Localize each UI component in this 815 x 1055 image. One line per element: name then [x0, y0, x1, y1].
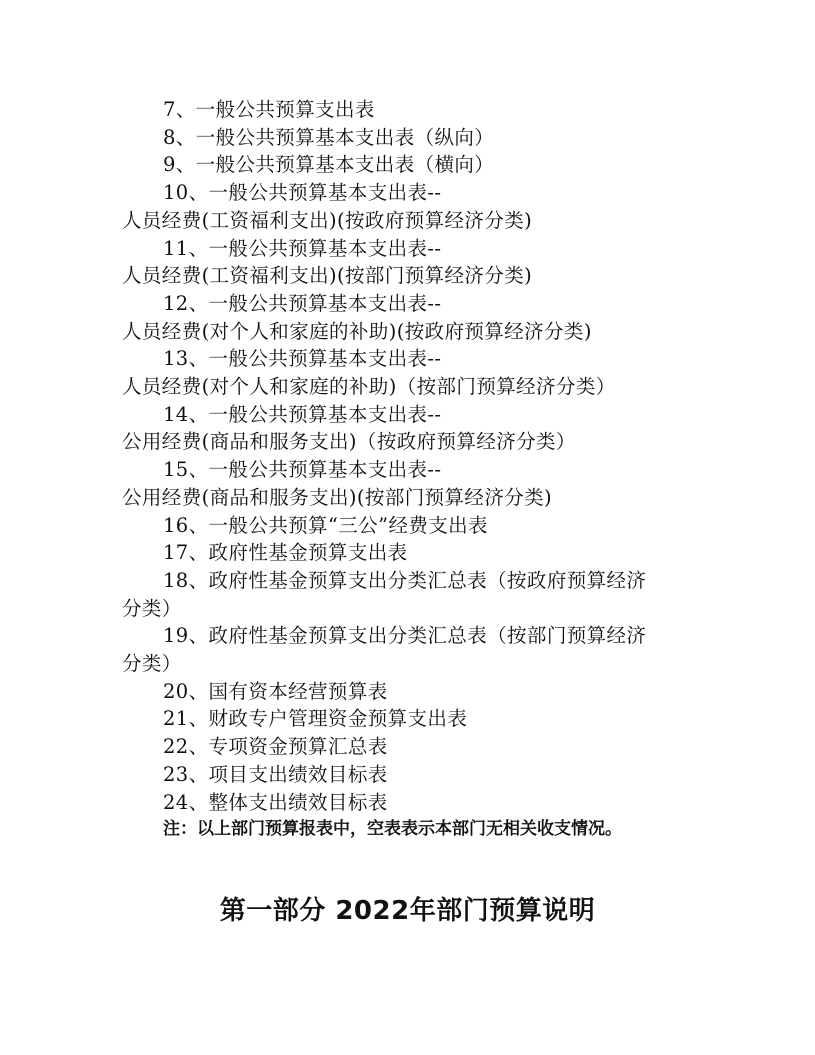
toc-entry-16: 16、一般公共预算“三公”经费支出表: [122, 512, 682, 540]
table-of-contents: 7、一般公共预算支出表 8、一般公共预算基本支出表（纵向） 9、一般公共预算基本…: [122, 96, 682, 844]
toc-entry-21: 21、财政专户管理资金预算支出表: [122, 705, 682, 733]
toc-entry-15: 15、一般公共预算基本支出表--: [122, 456, 682, 484]
document-page: 7、一般公共预算支出表 8、一般公共预算基本支出表（纵向） 9、一般公共预算基本…: [0, 0, 815, 1055]
toc-entry-22: 22、专项资金预算汇总表: [122, 733, 682, 761]
toc-entry-18: 18、政府性基金预算支出分类汇总表（按政府预算经济: [122, 567, 682, 595]
toc-entry-19-continued: 分类）: [122, 650, 682, 678]
toc-entry-8: 8、一般公共预算基本支出表（纵向）: [122, 124, 682, 152]
section-title: 第一部分 2022年部门预算说明: [0, 890, 815, 927]
toc-entry-13: 13、一般公共预算基本支出表--: [122, 345, 682, 373]
toc-entry-10-continued: 人员经费(工资福利支出)(按政府预算经济分类): [122, 207, 682, 235]
toc-entry-19: 19、政府性基金预算支出分类汇总表（按部门预算经济: [122, 622, 682, 650]
toc-entry-24: 24、整体支出绩效目标表: [122, 789, 682, 817]
toc-entry-23: 23、项目支出绩效目标表: [122, 761, 682, 789]
toc-entry-11-continued: 人员经费(工资福利支出)(按部门预算经济分类): [122, 262, 682, 290]
toc-entry-20: 20、国有资本经营预算表: [122, 678, 682, 706]
toc-entry-18-continued: 分类）: [122, 595, 682, 623]
toc-entry-12-continued: 人员经费(对个人和家庭的补助)(按政府预算经济分类): [122, 318, 682, 346]
toc-entry-15-continued: 公用经费(商品和服务支出)(按部门预算经济分类): [122, 484, 682, 512]
toc-entry-14: 14、一般公共预算基本支出表--: [122, 401, 682, 429]
toc-note: 注：以上部门预算报表中，空表表示本部门无相关收支情况。: [122, 816, 682, 844]
toc-entry-12: 12、一般公共预算基本支出表--: [122, 290, 682, 318]
toc-entry-7: 7、一般公共预算支出表: [122, 96, 682, 124]
toc-entry-11: 11、一般公共预算基本支出表--: [122, 235, 682, 263]
toc-entry-9: 9、一般公共预算基本支出表（横向）: [122, 151, 682, 179]
toc-entry-10: 10、一般公共预算基本支出表--: [122, 179, 682, 207]
toc-entry-17: 17、政府性基金预算支出表: [122, 539, 682, 567]
toc-entry-13-continued: 人员经费(对个人和家庭的补助)（按部门预算经济分类）: [122, 373, 682, 401]
toc-entry-14-continued: 公用经费(商品和服务支出)（按政府预算经济分类）: [122, 428, 682, 456]
